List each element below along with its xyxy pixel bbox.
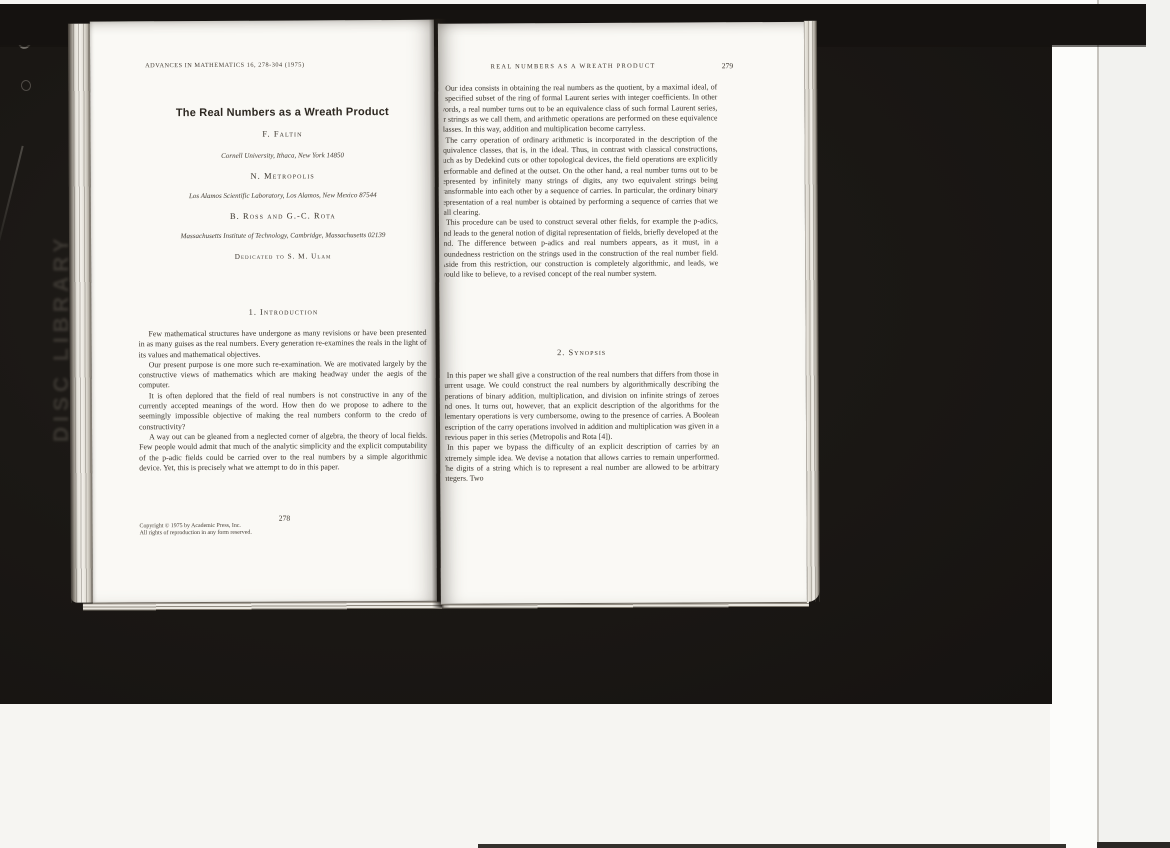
copyright-line: All rights of reproduction in any form r…: [140, 530, 252, 538]
article-title: The Real Numbers as a Wreath Product: [136, 106, 428, 120]
paragraph: In this paper we shall give a constructi…: [445, 369, 719, 443]
author-affiliation: Cornell University, Ithaca, New York 148…: [137, 151, 429, 161]
section-heading-synopsis: 2. Synopsis: [452, 347, 712, 357]
right-page-edge-stack: [804, 21, 820, 602]
author-affiliation: Los Alamos Scientific Laboratory, Los Al…: [137, 191, 429, 201]
dedication-line: Dedicated to S. M. Ulam: [137, 252, 429, 262]
introduction-text-column: Few mathematical structures have undergo…: [138, 328, 427, 474]
open-book: ADVANCES IN MATHEMATICS 16, 278-304 (197…: [0, 0, 1170, 848]
left-page: ADVANCES IN MATHEMATICS 16, 278-304 (197…: [90, 20, 437, 604]
paragraph: Our idea consists in obtaining the real …: [443, 82, 717, 135]
paragraph: This procedure can be used to construct …: [443, 217, 718, 281]
paragraph: Few mathematical structures have undergo…: [138, 328, 426, 360]
right-page: REAL NUMBERS AS A WREATH PRODUCT 279 Our…: [438, 22, 807, 605]
running-head: REAL NUMBERS AS A WREATH PRODUCT: [448, 62, 698, 70]
left-page-edge-stack: [68, 24, 93, 603]
paragraph: The carry operation of ordinary arithmet…: [443, 134, 718, 218]
section-heading-introduction: 1. Introduction: [137, 307, 429, 318]
synopsis-text-column: In this paper we shall give a constructi…: [445, 369, 720, 550]
page-number: 279: [693, 61, 733, 70]
copyright-notice: Copyright © 1975 by Academic Press, Inc.…: [140, 523, 252, 538]
author-affiliation: Massachusetts Institute of Technology, C…: [137, 231, 429, 241]
page-number: 278: [138, 513, 430, 524]
paragraph: Our present purpose is one more such re-…: [139, 359, 427, 391]
paragraph: A way out can be gleaned from a neglecte…: [139, 431, 427, 474]
journal-header: ADVANCES IN MATHEMATICS 16, 278-304 (197…: [145, 61, 304, 69]
author-name: B. Ross and G.-C. Rota: [137, 211, 429, 222]
paragraph: In this paper we bypass the difficulty o…: [445, 442, 720, 485]
author-name: F. Faltin: [136, 129, 428, 140]
author-name: N. Metropolis: [137, 171, 429, 182]
scanned-book-spread: DISC LIBRARY ADVANCES IN MATHEMATICS 16,…: [0, 0, 1170, 848]
paragraph: It is often deplored that the field of r…: [139, 390, 427, 433]
right-page-text-column: Our idea consists in obtaining the real …: [443, 82, 718, 345]
